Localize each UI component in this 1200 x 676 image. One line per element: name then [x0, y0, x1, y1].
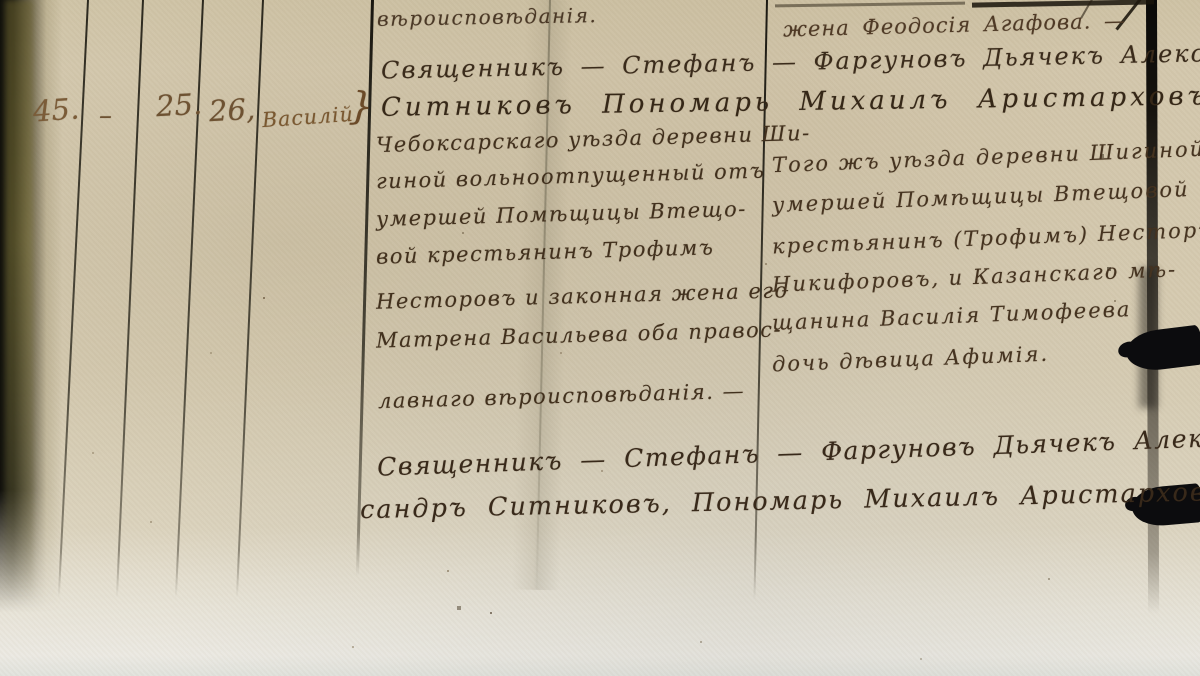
previous-entry-left-fragment: вѣроисповѣданія.	[377, 3, 598, 31]
parents-line: Матрена Васильева оба правос-	[376, 317, 783, 352]
child-name: Василій	[261, 102, 354, 132]
cropped-text-fragment	[972, 0, 1154, 8]
column-rule-2	[116, 0, 144, 597]
birth-day: 25.	[155, 87, 203, 123]
column-rule-1	[58, 0, 89, 597]
clergy-top-line-1: Священникъ — Стефанъ — Фаргуновъ Дьячекъ…	[381, 37, 1200, 84]
parents-line: Чебоксарскаго уѣзда деревни Ши-	[376, 121, 811, 157]
godparents-line: умершей Помѣщицы Втещовой	[772, 177, 1190, 217]
entry-number-male: 45.	[32, 91, 80, 128]
parents-line: лавнаго вѣроисповѣданія. —	[378, 379, 746, 413]
name-brace-flourish: }	[348, 83, 374, 128]
godparents-line: щанина Василія Тимофеева	[772, 297, 1132, 335]
metric-book-scan: вѣроисповѣданія. жена Феодосія Агафова. …	[0, 0, 1200, 676]
clergy-bottom-line-2: сандръ Ситниковъ, Пономарь Михаилъ Арист…	[360, 477, 1200, 525]
parents-line: вой крестьянинъ Трофимъ	[376, 235, 715, 268]
parents-line: гиной вольноотпущенный отъ	[376, 159, 766, 194]
parents-line: Несторовъ и законная жена его	[376, 278, 789, 314]
binding-olive-streak	[5, 0, 33, 600]
godparents-line: крестьянинъ (Трофимъ) Несторъ	[772, 218, 1200, 259]
clergy-bottom-line-1: Священникъ — Стефанъ — Фаргуновъ Дьячекъ…	[377, 423, 1200, 481]
previous-entry-right-fragment: жена Феодосія Агафова. —	[783, 9, 1127, 42]
clergy-top-line-2: Ситниковъ Пономарь Михаилъ Аристарховъ.	[381, 81, 1200, 123]
column-rule-4	[236, 0, 264, 597]
godparents-line: Того жъ уѣзда деревни Шигиной	[772, 137, 1200, 178]
cropped-text-fragment	[775, 2, 965, 8]
entry-number-female: –	[99, 101, 112, 131]
godparents-line: дочь дѣвица Афимія.	[772, 342, 1050, 377]
baptism-day: 26,	[208, 92, 256, 128]
godparents-line: Никифоровъ, и Казанскаго мѣ-	[772, 257, 1178, 297]
